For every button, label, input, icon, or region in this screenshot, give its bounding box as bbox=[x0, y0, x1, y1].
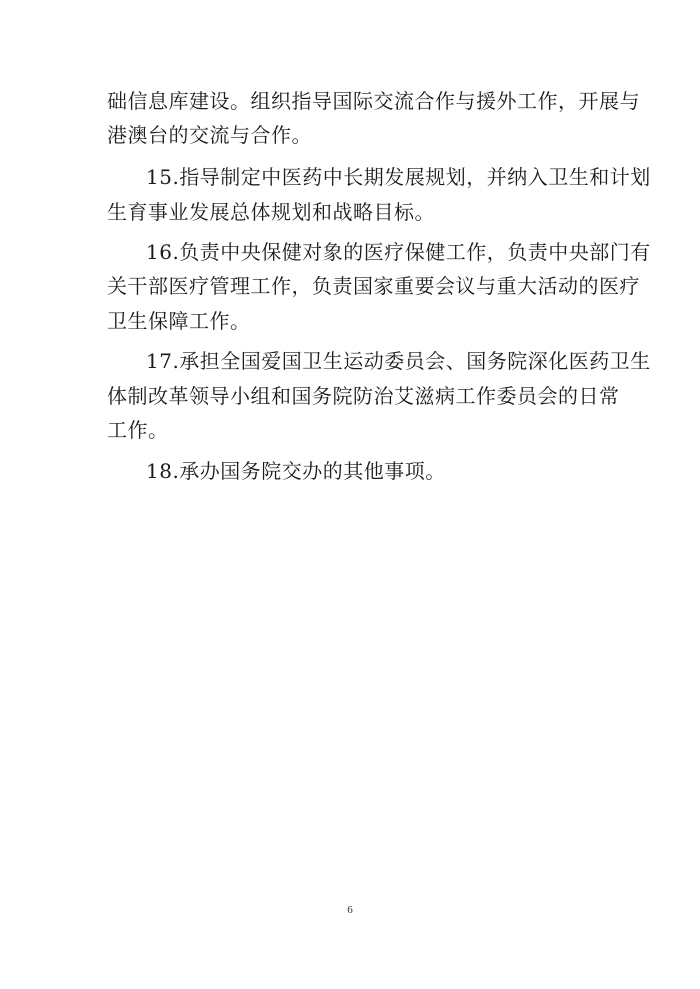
paragraph-17-line-3: 工作。 bbox=[107, 415, 591, 445]
paragraph-17-line-1: 17.承担全国爱国卫生运动委员会、国务院深化医药卫生 bbox=[146, 346, 591, 376]
paragraph-16-line-3: 卫生保障工作。 bbox=[107, 306, 591, 336]
document-page: 础信息库建设。组织指导国际交流合作与援外工作，开展与 港澳台的交流与合作。 15… bbox=[0, 0, 700, 989]
paragraph-15-line-1: 15.指导制定中医药中长期发展规划，并纳入卫生和计划 bbox=[146, 162, 591, 192]
paragraph-16-line-2: 关干部医疗管理工作，负责国家重要会议与重大活动的医疗 bbox=[107, 271, 591, 301]
paragraph-15-line-2: 生育事业发展总体规划和战略目标。 bbox=[107, 197, 591, 227]
paragraph-18-line-1: 18.承办国务院交办的其他事项。 bbox=[146, 456, 591, 486]
paragraph-16-line-1: 16.负责中央保健对象的医疗保健工作，负责中央部门有 bbox=[146, 237, 591, 267]
page-number: 6 bbox=[0, 903, 700, 917]
paragraph-14-continuation-line-2: 港澳台的交流与合作。 bbox=[107, 120, 591, 150]
paragraph-14-continuation-line-1: 础信息库建设。组织指导国际交流合作与援外工作，开展与 bbox=[107, 86, 591, 116]
paragraph-17-line-2: 体制改革领导小组和国务院防治艾滋病工作委员会的日常 bbox=[107, 381, 591, 411]
